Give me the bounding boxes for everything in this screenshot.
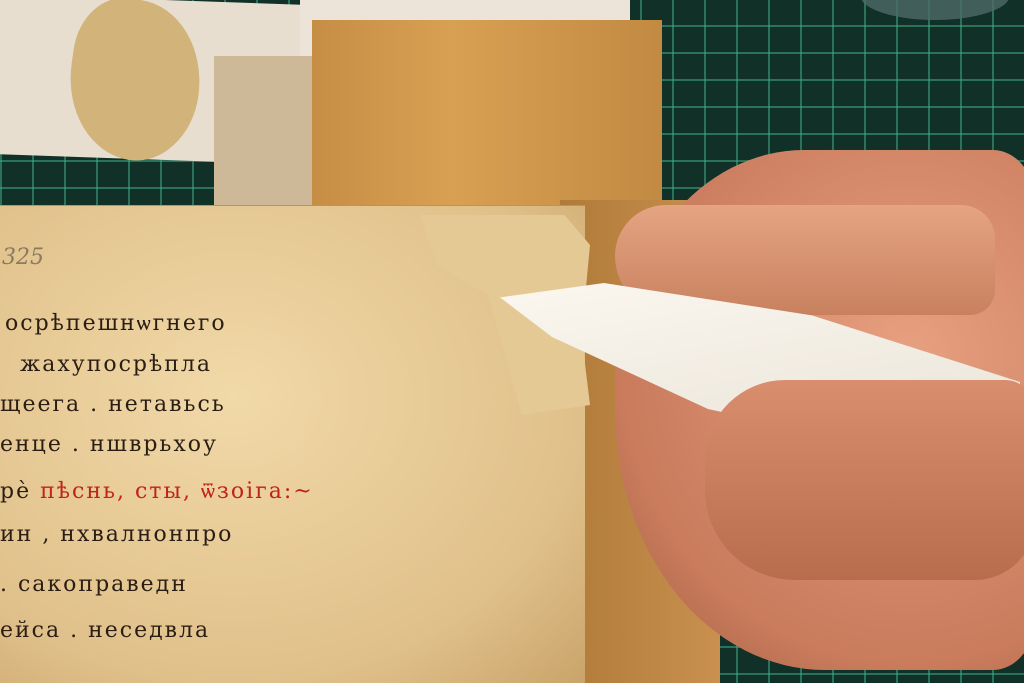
red-rubric: пѣснь, сты, ѿзоіга:~ <box>40 479 314 504</box>
manuscript-line: . сакоправедн <box>0 572 188 597</box>
thumb <box>705 380 1024 580</box>
manuscript-line: осрѣпешнѡгнего <box>5 310 227 336</box>
manuscript-line: ин , нхвалнонпро <box>0 522 233 547</box>
manuscript-line: щеега . нетавьсь <box>0 392 226 417</box>
manuscript-line: енце . ншврьхоу <box>0 432 218 457</box>
folio-number: 325 <box>2 245 44 270</box>
manuscript-line-start: рѐ <box>0 479 31 504</box>
manuscript-line: жахупосрѣпла <box>20 352 212 377</box>
manuscript-line-rubric: рѐ пѣснь, сты, ѿзоіга:~ <box>0 478 314 504</box>
manuscript-line: ейса . неседвла <box>0 618 210 643</box>
